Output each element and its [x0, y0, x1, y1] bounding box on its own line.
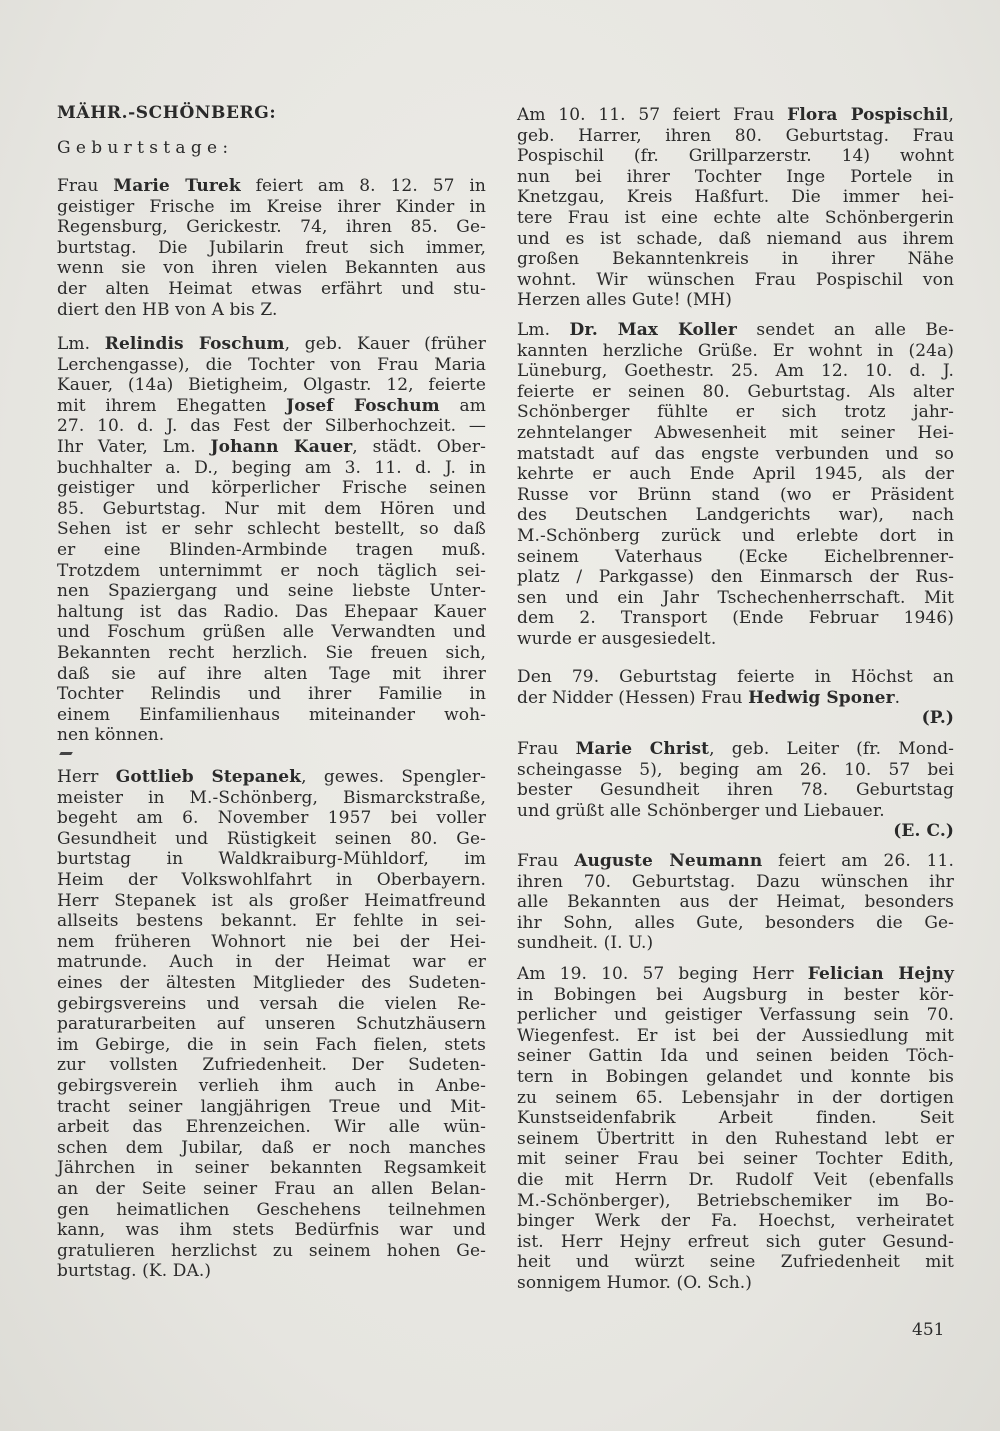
text-line: Am 10. 11. 57 feiert Frau Flora Pospisch… [517, 105, 954, 126]
text-segment: burtstag in Waldkraiburg-Mühldorf, im [57, 849, 486, 869]
text-segment: tracht seiner langjährigen Treue und Mit… [57, 1097, 486, 1117]
text-segment: allseits bestens bekannt. Er fehlte in s… [57, 911, 486, 931]
text-segment: 27. 10. d. J. das Fest der Silberhochzei… [57, 416, 486, 436]
text-segment: Lm. [57, 334, 105, 354]
text-segment: , geb. Leiter (fr. Mond- [709, 739, 954, 759]
print-mark [59, 752, 73, 755]
text-line: Trotzdem unternimmt er noch täglich sei- [57, 561, 486, 582]
text-segment: M.-Schönberg zurück und erlebte dort in [517, 526, 954, 546]
text-line: gebirgsverein verlieh ihm auch in Anbe- [57, 1076, 486, 1097]
text-segment: binger Werk der Fa. Hoechst, verheiratet [517, 1211, 954, 1231]
scanned-page: MÄHR.-SCHÖNBERG: Geburtstage: Frau Marie… [0, 0, 1000, 1431]
page-number: 451 [912, 1320, 944, 1340]
text-line: bester Gesundheit ihren 78. Geburtstag [517, 780, 954, 801]
text-line: zur vollsten Zufriedenheit. Der Sudeten- [57, 1055, 486, 1076]
text-line: Regensburg, Gerickestr. 74, ihren 85. Ge… [57, 217, 486, 238]
text-line: Kauer, (14a) Bietigheim, Olgastr. 12, fe… [57, 375, 486, 396]
text-segment: burtstag. Die Jubilarin freut sich immer… [57, 238, 486, 258]
person-name: Marie Turek [113, 176, 240, 196]
text-line: seinem Übertritt in den Ruhestand lebt e… [517, 1129, 954, 1150]
text-line: tere Frau ist eine echte alte Schönberge… [517, 208, 954, 229]
text-line: wohnt. Wir wünschen Frau Pospischil von [517, 270, 954, 291]
text-segment: mit ihrem Ehegatten [57, 396, 286, 416]
text-segment: Russe vor Brünn stand (wo er Präsident [517, 485, 954, 505]
text-line: zehntelanger Abwesenheit mit seiner Hei- [517, 423, 954, 444]
text-segment: Herr [57, 767, 116, 787]
person-name: Gottlieb Stepanek [116, 767, 301, 787]
text-line: paraturarbeiten auf unseren Schutzhäuser… [57, 1014, 486, 1035]
text-segment: an der Seite seiner Frau an allen Belan- [57, 1179, 486, 1199]
text-segment: Lm. [517, 320, 570, 340]
text-line: diert den HB von A bis Z. [57, 300, 486, 321]
text-line: Herr Gottlieb Stepanek, gewes. Spengler- [57, 767, 486, 788]
section-heading: MÄHR.-SCHÖNBERG: [57, 103, 276, 123]
text-line: Am 19. 10. 57 beging Herr Felician Hejny [517, 964, 954, 985]
text-line: dem 2. Transport (Ende Februar 1946) [517, 608, 954, 629]
text-line: Ihr Vater, Lm. Johann Kauer, städt. Ober… [57, 437, 486, 458]
text-line: Sehen ist er sehr schlecht bestellt, so … [57, 519, 486, 540]
text-line: Frau Auguste Neumann feiert am 26. 11. [517, 851, 954, 872]
text-segment: Den 79. Geburtstag feierte in Höchst an [517, 667, 954, 687]
text-line: Schönberger fühlte er sich trotz jahr- [517, 402, 954, 423]
text-segment: Frau [517, 851, 574, 871]
text-segment: M.-Schönberger), Betriebschemiker im Bo- [517, 1191, 954, 1211]
text-line: kehrte er auch Ende April 1945, als der [517, 464, 954, 485]
text-line: der alten Heimat etwas erfährt und stu- [57, 279, 486, 300]
text-segment: burtstag. (K. DA.) [57, 1261, 211, 1281]
text-segment: matrunde. Auch in der Heimat war er [57, 952, 486, 972]
text-segment: , städt. Ober- [352, 437, 486, 457]
text-line: kannten herzliche Grüße. Er wohnt in (24… [517, 341, 954, 362]
text-line: an der Seite seiner Frau an allen Belan- [57, 1179, 486, 1200]
text-line: ist. Herr Hejny erfreut sich guter Gesun… [517, 1232, 954, 1253]
text-line: Lerchengasse), die Tochter von Frau Mari… [57, 355, 486, 376]
person-name: Josef Foschum [286, 396, 440, 416]
text-segment: geistiger Frische im Kreise ihrer Kinder… [57, 197, 486, 217]
text-segment: Tochter Relindis und ihrer Familie in [57, 684, 486, 704]
text-line: Knetzgau, Kreis Haßfurt. Die immer hei- [517, 187, 954, 208]
text-segment: feierte er seinen 80. Geburtstag. Als al… [517, 382, 954, 402]
text-segment: paraturarbeiten auf unseren Schutzhäuser… [57, 1014, 486, 1034]
text-line: Bekannten recht herzlich. Sie freuen sic… [57, 643, 486, 664]
text-segment: der alten Heimat etwas erfährt und stu- [57, 279, 486, 299]
text-line: nen Spaziergang und seine liebste Unter- [57, 581, 486, 602]
text-line: die mit Herrn Dr. Rudolf Veit (ebenfalls [517, 1170, 954, 1191]
text-segment: Gesundheit und Rüstigkeit seinen 80. Ge- [57, 829, 486, 849]
text-segment: diert den HB von A bis Z. [57, 300, 278, 320]
text-segment: großen Bekanntenkreis in ihrer Nähe [517, 249, 954, 269]
text-line: Herzen alles Gute! (MH) [517, 290, 954, 311]
text-segment: nun bei ihrer Tochter Inge Portele in [517, 167, 954, 187]
text-line: scheingasse 5), beging am 26. 10. 57 bei [517, 760, 954, 781]
text-line: Frau Marie Turek feiert am 8. 12. 57 in [57, 176, 486, 197]
text-segment: wurde er ausgesiedelt. [517, 629, 716, 649]
text-line: wenn sie von ihren vielen Bekannten aus [57, 258, 486, 279]
text-segment: gen heimatlichen Geschehens teilnehmen [57, 1200, 486, 1220]
text-segment: wenn sie von ihren vielen Bekannten aus [57, 258, 486, 278]
text-line: in Bobingen bei Augsburg in bester kör- [517, 985, 954, 1006]
text-segment: Kauer, (14a) Bietigheim, Olgastr. 12, fe… [57, 375, 486, 395]
text-segment: Knetzgau, Kreis Haßfurt. Die immer hei- [517, 187, 954, 207]
text-line: mit ihrem Ehegatten Josef Foschum am [57, 396, 486, 417]
text-line: zu seinem 65. Lebensjahr in der dortigen [517, 1088, 954, 1109]
text-segment: und grüßt alle Schönberger und Liebauer. [517, 801, 885, 821]
text-segment: kehrte er auch Ende April 1945, als der [517, 464, 954, 484]
text-segment: matstadt auf das engste verbunden und so [517, 444, 954, 464]
text-line: burtstag in Waldkraiburg-Mühldorf, im [57, 849, 486, 870]
text-line: arbeit das Ehrenzeichen. Wir alle wün- [57, 1117, 486, 1138]
text-line: burtstag. (K. DA.) [57, 1261, 486, 1282]
text-segment: Schönberger fühlte er sich trotz jahr- [517, 402, 954, 422]
text-segment: sen und ein Jahr Tschechenherrschaft. Mi… [517, 588, 954, 608]
text-segment: Herzen alles Gute! (MH) [517, 290, 732, 310]
text-line: burtstag. Die Jubilarin freut sich immer… [57, 238, 486, 259]
text-segment: 85. Geburtstag. Nur mit dem Hören und [57, 499, 486, 519]
text-segment: feiert am 8. 12. 57 in [241, 176, 486, 196]
text-segment: nen können. [57, 725, 164, 745]
text-segment: Heim der Volkswohlfahrt in Oberbayern. [57, 870, 486, 890]
text-segment: Wiegenfest. Er ist bei der Aussiedlung m… [517, 1026, 954, 1046]
text-line: Den 79. Geburtstag feierte in Höchst an [517, 667, 954, 688]
text-segment: Kunstseidenfabrik Arbeit finden. Seit [517, 1108, 954, 1128]
text-line: alle Bekannten aus der Heimat, besonders [517, 892, 954, 913]
text-segment: Herr Stepanek ist als großer Heimatfreun… [57, 891, 486, 911]
text-line: und Foschum grüßen alle Verwandten und [57, 622, 486, 643]
text-line: großen Bekanntenkreis in ihrer Nähe [517, 249, 954, 270]
text-line: Tochter Relindis und ihrer Familie in [57, 684, 486, 705]
text-segment: Am 10. 11. 57 feiert Frau [517, 105, 787, 125]
text-segment: Lerchengasse), die Tochter von Frau Mari… [57, 355, 486, 375]
text-line: gebirgsvereins und versah die vielen Re- [57, 994, 486, 1015]
person-name: Hedwig Sponer [748, 688, 895, 708]
text-line: seinem Vaterhaus (Ecke Eichelbrenner- [517, 547, 954, 568]
person-name: Auguste Neumann [574, 851, 762, 871]
text-line: sonnigem Humor. (O. Sch.) [517, 1273, 954, 1294]
text-segment: tere Frau ist eine echte alte Schönberge… [517, 208, 954, 228]
text-segment: gebirgsvereins und versah die vielen Re- [57, 994, 486, 1014]
text-line: begeht am 6. November 1957 bei voller [57, 808, 486, 829]
text-segment: der Nidder (Hessen) Frau [517, 688, 748, 708]
text-line: M.-Schönberg zurück und erlebte dort in [517, 526, 954, 547]
text-segment: kann, was ihm stets Bedürfnis war und [57, 1220, 486, 1240]
text-segment: bester Gesundheit ihren 78. Geburtstag [517, 780, 954, 800]
text-line: tern in Bobingen gelandet und konnte bis [517, 1067, 954, 1088]
text-line: und grüßt alle Schönberger und Liebauer. [517, 801, 954, 822]
text-segment: begeht am 6. November 1957 bei voller [57, 808, 486, 828]
section-subheading: Geburtstage: [57, 138, 233, 158]
text-line: mit seiner Frau bei seiner Tochter Edith… [517, 1149, 954, 1170]
text-line: binger Werk der Fa. Hoechst, verheiratet [517, 1211, 954, 1232]
text-line: 85. Geburtstag. Nur mit dem Hören und [57, 499, 486, 520]
text-line: gratulieren herzlichst zu seinem hohen G… [57, 1241, 486, 1262]
text-segment: perlicher und geistiger Verfassung sein … [517, 1005, 954, 1025]
text-line: allseits bestens bekannt. Er fehlte in s… [57, 911, 486, 932]
text-line: perlicher und geistiger Verfassung sein … [517, 1005, 954, 1026]
text-line: gen heimatlichen Geschehens teilnehmen [57, 1200, 486, 1221]
text-segment: daß sie auf ihre alten Tage mit ihrer [57, 664, 486, 684]
text-line: geistiger Frische im Kreise ihrer Kinder… [57, 197, 486, 218]
text-segment: ist. Herr Hejny erfreut sich guter Gesun… [517, 1232, 954, 1252]
text-segment: dem 2. Transport (Ende Februar 1946) [517, 608, 954, 628]
text-segment: schen dem Jubilar, daß er noch manches [57, 1138, 486, 1158]
text-segment: am [440, 396, 486, 416]
text-segment: eines der ältesten Mitglieder des Sudete… [57, 973, 486, 993]
text-line: geistiger und körperlicher Frische seine… [57, 478, 486, 499]
text-segment: heit und würzt seine Zufriedenheit mit [517, 1252, 954, 1272]
text-segment: Bekannten recht herzlich. Sie freuen sic… [57, 643, 486, 663]
text-line: Herr Stepanek ist als großer Heimatfreun… [57, 891, 486, 912]
text-line: und es ist schade, daß niemand aus ihrem [517, 229, 954, 250]
text-segment: Pospischil (fr. Grillparzerstr. 14) wohn… [517, 146, 954, 166]
text-line: nen können. [57, 725, 486, 746]
text-line: kann, was ihm stets Bedürfnis war und [57, 1220, 486, 1241]
text-line: seiner Gattin Ida und seinen beiden Töch… [517, 1046, 954, 1067]
text-line: buchhalter a. D., beging am 3. 11. d. J.… [57, 458, 486, 479]
text-segment: geb. Harrer, ihren 80. Geburtstag. Frau [517, 126, 954, 146]
text-line: tracht seiner langjährigen Treue und Mit… [57, 1097, 486, 1118]
text-segment: sonnigem Humor. (O. Sch.) [517, 1273, 752, 1293]
text-segment: wohnt. Wir wünschen Frau Pospischil von [517, 270, 954, 290]
text-segment: nem früheren Wohnort nie bei der Hei- [57, 932, 486, 952]
text-segment: , [949, 105, 955, 125]
person-name: Marie Christ [576, 739, 710, 759]
text-line: wurde er ausgesiedelt. [517, 629, 954, 650]
text-segment: Am 19. 10. 57 beging Herr [517, 964, 808, 984]
text-segment: meister in M.-Schönberg, Bismarckstraße, [57, 788, 486, 808]
text-segment: die mit Herrn Dr. Rudolf Veit (ebenfalls [517, 1170, 954, 1190]
text-line: Lüneburg, Goethestr. 25. Am 12. 10. d. J… [517, 361, 954, 382]
text-segment: seiner Gattin Ida und seinen beiden Töch… [517, 1046, 954, 1066]
text-segment: haltung ist das Radio. Das Ehepaar Kauer [57, 602, 486, 622]
text-segment: Ihr Vater, Lm. [57, 437, 211, 457]
text-line: ihren 70. Geburtstag. Dazu wünschen ihr [517, 872, 954, 893]
text-segment: Lüneburg, Goethestr. 25. Am 12. 10. d. J… [517, 361, 954, 381]
text-line: Heim der Volkswohlfahrt in Oberbayern. [57, 870, 486, 891]
text-segment: zehntelanger Abwesenheit mit seiner Hei- [517, 423, 954, 443]
text-line: M.-Schönberger), Betriebschemiker im Bo- [517, 1191, 954, 1212]
text-segment: , geb. Kauer (früher [285, 334, 486, 354]
text-line: Gesundheit und Rüstigkeit seinen 80. Ge- [57, 829, 486, 850]
text-line: einem Einfamilienhaus miteinander woh- [57, 705, 486, 726]
text-segment: zu seinem 65. Lebensjahr in der dortigen [517, 1088, 954, 1108]
text-line: feierte er seinen 80. Geburtstag. Als al… [517, 382, 954, 403]
text-line: Lm. Relindis Foschum, geb. Kauer (früher [57, 334, 486, 355]
text-segment: einem Einfamilienhaus miteinander woh- [57, 705, 486, 725]
text-segment: zur vollsten Zufriedenheit. Der Sudeten- [57, 1055, 486, 1075]
author-signature: (E. C.) [517, 821, 954, 842]
text-line: der Nidder (Hessen) Frau Hedwig Sponer. [517, 688, 954, 709]
text-segment: arbeit das Ehrenzeichen. Wir alle wün- [57, 1117, 486, 1137]
text-segment: Frau [57, 176, 113, 196]
text-line: platz / Parkgasse) den Einmarsch der Rus… [517, 567, 954, 588]
text-segment: gebirgsverein verlieh ihm auch in Anbe- [57, 1076, 486, 1096]
text-line: er eine Blinden-Armbinde tragen muß. [57, 540, 486, 561]
text-segment: in Bobingen bei Augsburg in bester kör- [517, 985, 954, 1005]
text-line: matstadt auf das engste verbunden und so [517, 444, 954, 465]
text-line: 27. 10. d. J. das Fest der Silberhochzei… [57, 416, 486, 437]
text-segment: ihr Sohn, alles Gute, besonders die Ge- [517, 913, 954, 933]
text-segment: ihren 70. Geburtstag. Dazu wünschen ihr [517, 872, 954, 892]
text-line: des Deutschen Landgerichts war), nach [517, 505, 954, 526]
text-segment: und es ist schade, daß niemand aus ihrem [517, 229, 954, 249]
text-segment: kannten herzliche Grüße. Er wohnt in (24… [517, 341, 954, 361]
text-segment: und Foschum grüßen alle Verwandten und [57, 622, 486, 642]
text-line: heit und würzt seine Zufriedenheit mit [517, 1252, 954, 1273]
text-segment: sendet an alle Be- [737, 320, 954, 340]
person-name: Johann Kauer [211, 437, 353, 457]
text-segment: seinem Vaterhaus (Ecke Eichelbrenner- [517, 547, 954, 567]
text-line: sundheit. (I. U.) [517, 933, 954, 954]
text-line: matrunde. Auch in der Heimat war er [57, 952, 486, 973]
text-segment: tern in Bobingen gelandet und konnte bis [517, 1067, 954, 1087]
text-segment: scheingasse 5), beging am 26. 10. 57 bei [517, 760, 954, 780]
author-signature: (P.) [517, 708, 954, 729]
text-segment: mit seiner Frau bei seiner Tochter Edith… [517, 1149, 954, 1169]
text-segment: Sehen ist er sehr schlecht bestellt, so … [57, 519, 486, 539]
text-segment: . [895, 688, 901, 708]
text-line: Lm. Dr. Max Koller sendet an alle Be- [517, 320, 954, 341]
text-segment: geistiger und körperlicher Frische seine… [57, 478, 486, 498]
text-segment: Regensburg, Gerickestr. 74, ihren 85. Ge… [57, 217, 486, 237]
text-segment: Jährchen in seiner bekannten Regsamkeit [57, 1158, 486, 1178]
text-line: daß sie auf ihre alten Tage mit ihrer [57, 664, 486, 685]
text-line: haltung ist das Radio. Das Ehepaar Kauer [57, 602, 486, 623]
text-segment: Trotzdem unternimmt er noch täglich sei- [57, 561, 486, 581]
text-line: Pospischil (fr. Grillparzerstr. 14) wohn… [517, 146, 954, 167]
text-segment: sundheit. (I. U.) [517, 933, 653, 953]
text-segment: nen Spaziergang und seine liebste Unter- [57, 581, 486, 601]
text-line: sen und ein Jahr Tschechenherrschaft. Mi… [517, 588, 954, 609]
text-segment: seinem Übertritt in den Ruhestand lebt e… [517, 1129, 954, 1149]
text-segment: buchhalter a. D., beging am 3. 11. d. J.… [57, 458, 486, 478]
text-line: meister in M.-Schönberg, Bismarckstraße, [57, 788, 486, 809]
text-segment: des Deutschen Landgerichts war), nach [517, 505, 954, 525]
text-line: schen dem Jubilar, daß er noch manches [57, 1138, 486, 1159]
person-name: Flora Pospischil [787, 105, 948, 125]
text-segment: feiert am 26. 11. [762, 851, 954, 871]
person-name: Relindis Foschum [105, 334, 285, 354]
text-segment: alle Bekannten aus der Heimat, besonders [517, 892, 954, 912]
text-line: Wiegenfest. Er ist bei der Aussiedlung m… [517, 1026, 954, 1047]
text-line: nun bei ihrer Tochter Inge Portele in [517, 167, 954, 188]
text-line: Kunstseidenfabrik Arbeit finden. Seit [517, 1108, 954, 1129]
text-segment: platz / Parkgasse) den Einmarsch der Rus… [517, 567, 954, 587]
text-segment: er eine Blinden-Armbinde tragen muß. [57, 540, 486, 560]
text-segment: gratulieren herzlichst zu seinem hohen G… [57, 1241, 486, 1261]
text-line: geb. Harrer, ihren 80. Geburtstag. Frau [517, 126, 954, 147]
text-segment: im Gebirge, die in sein Fach fielen, ste… [57, 1035, 486, 1055]
person-name: Dr. Max Koller [570, 320, 737, 340]
text-line: ihr Sohn, alles Gute, besonders die Ge- [517, 913, 954, 934]
text-line: Jährchen in seiner bekannten Regsamkeit [57, 1158, 486, 1179]
text-line: Russe vor Brünn stand (wo er Präsident [517, 485, 954, 506]
text-line: eines der ältesten Mitglieder des Sudete… [57, 973, 486, 994]
person-name: Felician Hejny [808, 964, 954, 984]
text-segment: , gewes. Spengler- [301, 767, 486, 787]
text-line: im Gebirge, die in sein Fach fielen, ste… [57, 1035, 486, 1056]
text-line: nem früheren Wohnort nie bei der Hei- [57, 932, 486, 953]
text-line: Frau Marie Christ, geb. Leiter (fr. Mond… [517, 739, 954, 760]
text-segment: Frau [517, 739, 576, 759]
